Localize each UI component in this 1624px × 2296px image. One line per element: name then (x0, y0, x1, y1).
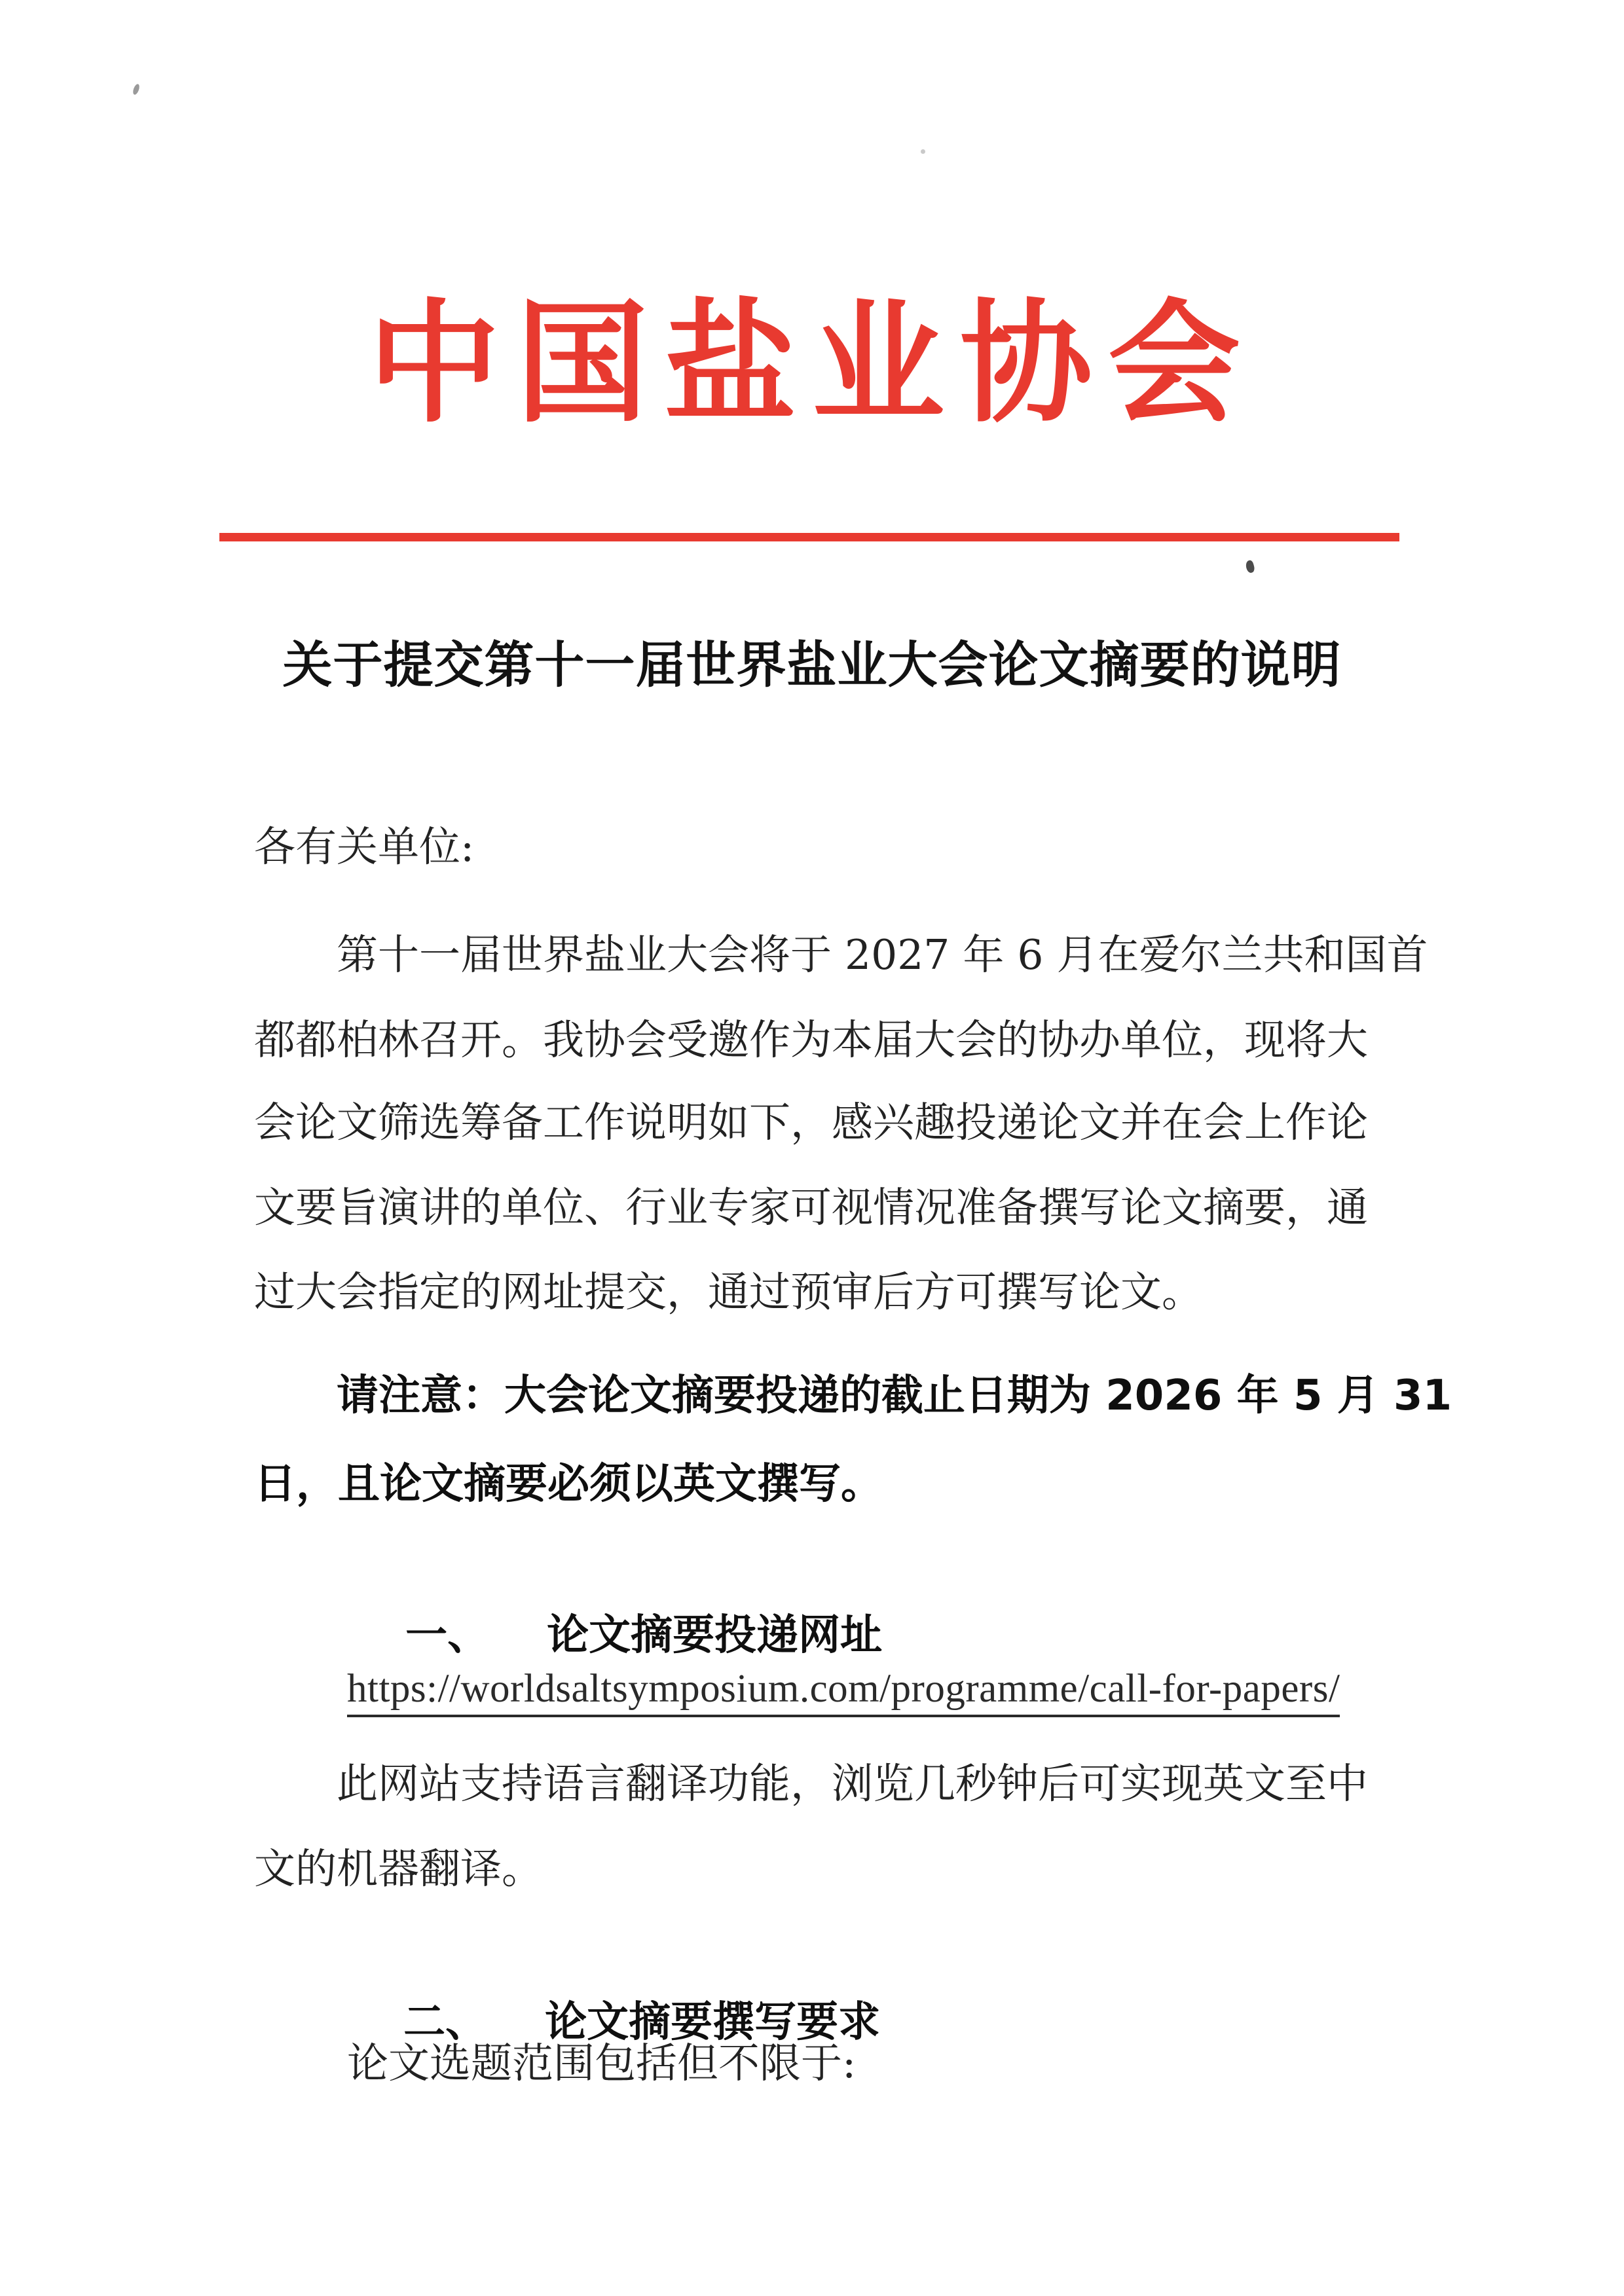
scan-artifact (132, 83, 140, 96)
paragraph-line: 文的机器翻译。 (254, 1848, 543, 1889)
salutation-line: 各有关单位: (254, 826, 474, 867)
organization-letterhead-title: 中国盐业协会 (0, 293, 1624, 432)
document-title: 关于提交第十一届世界盐业大会论文摘要的说明 (0, 640, 1624, 690)
paragraph-line: 文要旨演讲的单位、行业专家可视情况准备撰写论文摘要，通 (254, 1187, 1368, 1228)
section-1-title: 论文摘要投递网址 (547, 1611, 882, 1660)
paragraph-line: 都都柏林召开。我协会受邀作为本届大会的协办单位，现将大 (254, 1019, 1368, 1061)
scan-artifact (1245, 560, 1256, 574)
letterhead-divider-rule (219, 533, 1399, 541)
section-1-number: 一、 (405, 1611, 489, 1660)
notice-line: 日，且论文摘要必须以英文撰写。 (254, 1463, 883, 1505)
paragraph-line: 第十一届世界盐业大会将于 2027 年 6 月在爱尔兰共和国首 (337, 934, 1428, 975)
scanned-document-page: 中国盐业协会 关于提交第十一届世界盐业大会论文摘要的说明 各有关单位: 第十一届… (0, 0, 1624, 2296)
paragraph-line: 过大会指定的网址提交，通过预审后方可撰写论文。 (254, 1271, 1203, 1313)
scan-artifact (921, 149, 925, 154)
notice-line: 请注意：大会论文摘要投递的截止日期为 2026 年 5 月 31 (337, 1375, 1452, 1417)
submission-url-link: https://worldsaltsymposium.com/programme… (347, 1669, 1340, 1717)
paragraph-line: 会论文筛选筹备工作说明如下，感兴趣投递论文并在会上作论 (254, 1102, 1368, 1143)
paragraph-line: 论文选题范围包括但不限于: (347, 2043, 856, 2084)
paragraph-line: 此网站支持语言翻译功能，浏览几秒钟后可实现英文至中 (337, 1763, 1368, 1804)
